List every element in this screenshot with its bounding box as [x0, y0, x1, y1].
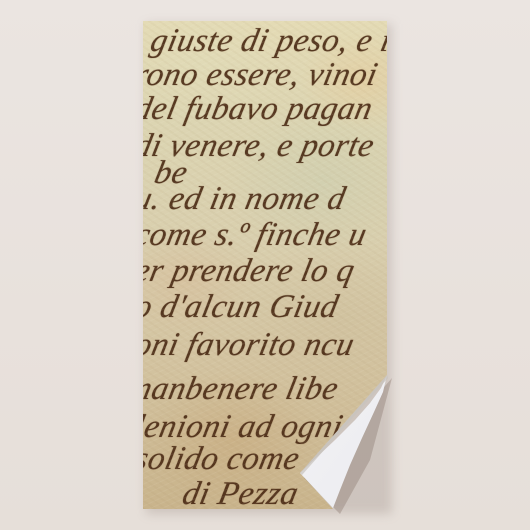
- script-line: oni favorito ncu: [143, 327, 358, 364]
- script-line: solido come: [143, 441, 303, 478]
- script-line: o d'alcun Giud: [143, 289, 342, 326]
- script-line: nanbenere libe: [143, 371, 342, 408]
- script-line: u. ed in nome d: [143, 181, 349, 218]
- script-line: rono essere, vinoi: [143, 57, 381, 94]
- script-line: di Pezza: [179, 476, 302, 509]
- script-line: come s.º finche u: [143, 217, 370, 254]
- script-line: giuste di peso, e i: [147, 23, 387, 60]
- script-line: er prendere lo q: [143, 253, 358, 290]
- product-photo-scene: giuste di peso, e i rono essere, vinoi d…: [0, 0, 530, 530]
- script-line: del fubavo pagan: [143, 91, 376, 128]
